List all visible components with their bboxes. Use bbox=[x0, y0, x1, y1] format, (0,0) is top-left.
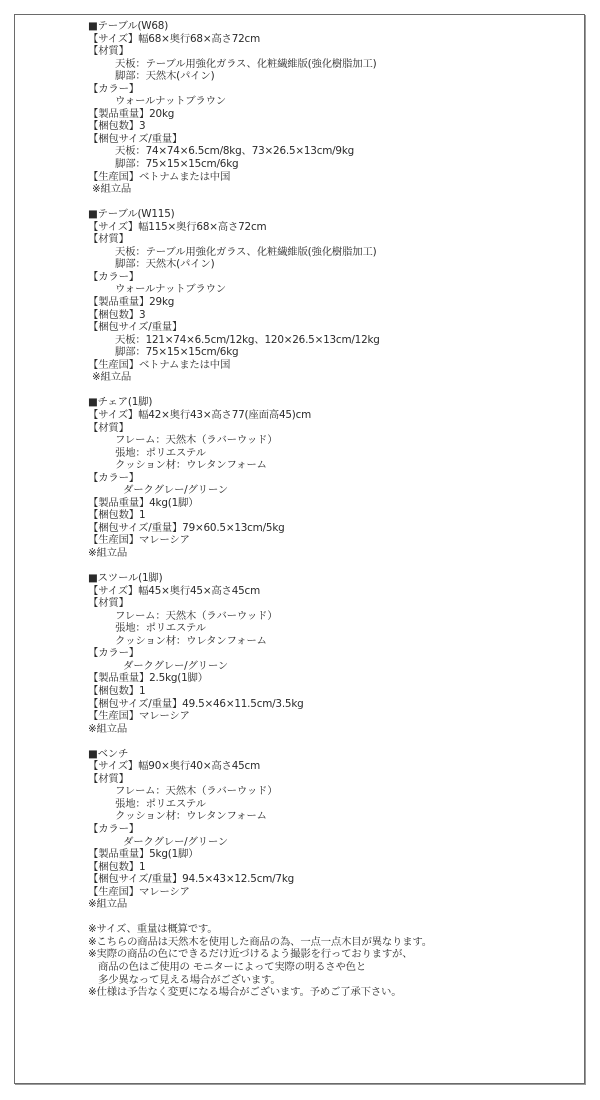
package-count: 【梱包数】3 bbox=[88, 120, 568, 133]
material-item: 張地：ポリエステル bbox=[88, 798, 568, 811]
package-count: 【梱包数】1 bbox=[88, 509, 568, 522]
color-label: 【カラー】 bbox=[88, 472, 568, 485]
material-item: クッション材：ウレタンフォーム bbox=[88, 635, 568, 648]
origin: 【生産国】マレーシア bbox=[88, 886, 568, 899]
size-spec: 【サイズ】幅45×奥行45×高さ45cm bbox=[88, 585, 568, 598]
section-table-w68: ■テーブル(W68) 【サイズ】幅68×奥行68×高さ72cm 【材質】 天板：… bbox=[88, 20, 568, 196]
section-chair: ■チェア(1脚) 【サイズ】幅42×奥行43×高さ77(座面高45)cm 【材質… bbox=[88, 396, 568, 559]
size-spec: 【サイズ】幅42×奥行43×高さ77(座面高45)cm bbox=[88, 409, 568, 422]
notes-block: ※サイズ、重量は概算です。 ※こちらの商品は天然木を使用した商品の為、一点一点木… bbox=[88, 923, 568, 998]
package-count: 【梱包数】1 bbox=[88, 685, 568, 698]
size-spec: 【サイズ】幅90×奥行40×高さ45cm bbox=[88, 760, 568, 773]
color-label: 【カラー】 bbox=[88, 83, 568, 96]
section-title: ■テーブル(W115) bbox=[88, 208, 568, 221]
package-count: 【梱包数】3 bbox=[88, 309, 568, 322]
material-item: 脚部：天然木(パイン) bbox=[88, 70, 568, 83]
material-label: 【材質】 bbox=[88, 422, 568, 435]
section-table-w115: ■テーブル(W115) 【サイズ】幅115×奥行68×高さ72cm 【材質】 天… bbox=[88, 208, 568, 384]
note: ※サイズ、重量は概算です。 bbox=[88, 923, 568, 936]
section-bench: ■ベンチ 【サイズ】幅90×奥行40×高さ45cm 【材質】 フレーム：天然木（… bbox=[88, 748, 568, 911]
color-value: ダークグレー/グリーン bbox=[88, 836, 568, 849]
size-spec: 【サイズ】幅115×奥行68×高さ72cm bbox=[88, 221, 568, 234]
note-continuation: 多少異なって見える場合がございます。 bbox=[88, 974, 568, 987]
size-spec: 【サイズ】幅68×奥行68×高さ72cm bbox=[88, 33, 568, 46]
note-continuation: 商品の色はご使用の モニターによって実際の明るさや色と bbox=[88, 961, 568, 974]
spec-content: ■テーブル(W68) 【サイズ】幅68×奥行68×高さ72cm 【材質】 天板：… bbox=[88, 20, 568, 999]
package-size: 【梱包サイズ/重量】49.5×46×11.5cm/3.5kg bbox=[88, 698, 568, 711]
material-item: フレーム：天然木（ラバーウッド） bbox=[88, 610, 568, 623]
material-item: 脚部：天然木(パイン) bbox=[88, 258, 568, 271]
note: ※こちらの商品は天然木を使用した商品の為、一点一点木目が異なります。 bbox=[88, 936, 568, 949]
package-detail: 脚部：75×15×15cm/6kg bbox=[88, 158, 568, 171]
origin: 【生産国】マレーシア bbox=[88, 710, 568, 723]
assembly-note: ※組立品 bbox=[88, 898, 568, 911]
color-value: ウォールナットブラウン bbox=[88, 283, 568, 296]
package-detail: 脚部：75×15×15cm/6kg bbox=[88, 346, 568, 359]
note: ※仕様は予告なく変更になる場合がございます。予めご了承下さい。 bbox=[88, 986, 568, 999]
section-title: ■ベンチ bbox=[88, 748, 568, 761]
package-detail: 天板：74×74×6.5cm/8kg、73×26.5×13cm/9kg bbox=[88, 145, 568, 158]
origin: 【生産国】ベトナムまたは中国 bbox=[88, 171, 568, 184]
assembly-note: ※組立品 bbox=[88, 723, 568, 736]
note: ※実際の商品の色にできるだけ近づけるよう撮影を行っておりますが、 bbox=[88, 948, 568, 961]
material-item: フレーム：天然木（ラバーウッド） bbox=[88, 434, 568, 447]
color-value: ダークグレー/グリーン bbox=[88, 660, 568, 673]
assembly-note: ※組立品 bbox=[88, 183, 568, 196]
material-item: フレーム：天然木（ラバーウッド） bbox=[88, 785, 568, 798]
section-title: ■スツール(1脚) bbox=[88, 572, 568, 585]
material-label: 【材質】 bbox=[88, 597, 568, 610]
material-item: クッション材：ウレタンフォーム bbox=[88, 810, 568, 823]
section-title: ■チェア(1脚) bbox=[88, 396, 568, 409]
product-weight: 【製品重量】5kg(1脚） bbox=[88, 848, 568, 861]
material-label: 【材質】 bbox=[88, 233, 568, 246]
product-weight: 【製品重量】2.5kg(1脚） bbox=[88, 672, 568, 685]
package-label: 【梱包サイズ/重量】 bbox=[88, 133, 568, 146]
color-value: ウォールナットブラウン bbox=[88, 95, 568, 108]
section-stool: ■スツール(1脚) 【サイズ】幅45×奥行45×高さ45cm 【材質】 フレーム… bbox=[88, 572, 568, 735]
origin: 【生産国】ベトナムまたは中国 bbox=[88, 359, 568, 372]
package-label: 【梱包サイズ/重量】 bbox=[88, 321, 568, 334]
material-label: 【材質】 bbox=[88, 773, 568, 786]
material-item: 天板：テーブル用強化ガラス、化粧繊維版(強化樹脂加工) bbox=[88, 58, 568, 71]
color-label: 【カラー】 bbox=[88, 647, 568, 660]
product-weight: 【製品重量】4kg(1脚） bbox=[88, 497, 568, 510]
package-detail: 天板：121×74×6.5cm/12kg、120×26.5×13cm/12kg bbox=[88, 334, 568, 347]
color-label: 【カラー】 bbox=[88, 823, 568, 836]
product-weight: 【製品重量】29kg bbox=[88, 296, 568, 309]
material-item: 張地：ポリエステル bbox=[88, 447, 568, 460]
origin: 【生産国】マレーシア bbox=[88, 534, 568, 547]
material-item: 天板：テーブル用強化ガラス、化粧繊維版(強化樹脂加工) bbox=[88, 246, 568, 259]
section-title: ■テーブル(W68) bbox=[88, 20, 568, 33]
package-size: 【梱包サイズ/重量】79×60.5×13cm/5kg bbox=[88, 522, 568, 535]
material-item: 張地：ポリエステル bbox=[88, 622, 568, 635]
assembly-note: ※組立品 bbox=[88, 547, 568, 560]
product-weight: 【製品重量】20kg bbox=[88, 108, 568, 121]
color-label: 【カラー】 bbox=[88, 271, 568, 284]
package-count: 【梱包数】1 bbox=[88, 861, 568, 874]
color-value: ダークグレー/グリーン bbox=[88, 484, 568, 497]
material-item: クッション材：ウレタンフォーム bbox=[88, 459, 568, 472]
material-label: 【材質】 bbox=[88, 45, 568, 58]
package-size: 【梱包サイズ/重量】94.5×43×12.5cm/7kg bbox=[88, 873, 568, 886]
assembly-note: ※組立品 bbox=[88, 371, 568, 384]
